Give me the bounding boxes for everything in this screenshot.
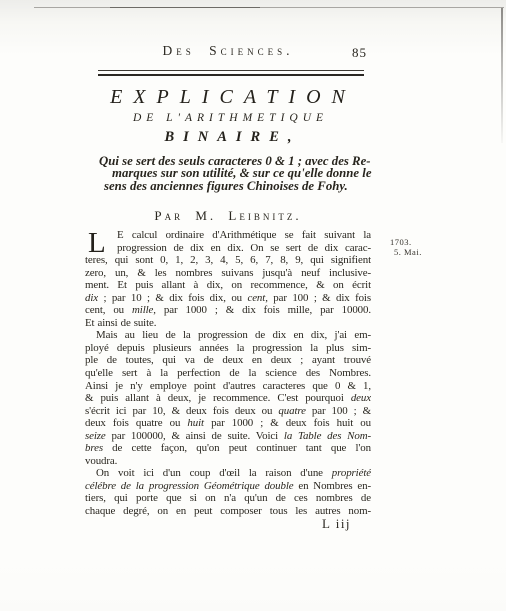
text-line: ployé depuis plusieurs années la progres… — [85, 342, 371, 355]
text-line: & puis allant à deux, je recommence. C'e… — [85, 392, 371, 405]
paragraph: Mais au lieu de la progression de dix en… — [85, 329, 371, 467]
text-line: célébre de la progression Géométrique do… — [85, 480, 371, 493]
scan-artifact-right-edge — [501, 8, 503, 143]
text-line: ment. Et puis allant à dix, on recommenc… — [85, 279, 371, 292]
text-line: teres, qui sont 0, 1, 2, 3, 4, 5, 6, 7, … — [85, 254, 371, 267]
scan-artifact-top-line-dark — [110, 7, 260, 8]
text-line: ple de toutes, qui va de deux en deux ; … — [85, 354, 371, 367]
text-line: E calcul ordinaire d'Arithmétique se fai… — [85, 229, 371, 242]
subtitle-line: marques sur son utilité, & sur ce qu'ell… — [85, 167, 385, 179]
text-line: tiers, qui porte que si on n'a qu'un de … — [85, 492, 371, 505]
margin-note-day: 5. Mai. — [390, 248, 422, 258]
text-line: On voit ici d'un coup d'œil la raison d'… — [85, 467, 371, 480]
text-line: Ainsi je n'y employe point d'autres cara… — [85, 380, 371, 393]
text-line: cent, ou mille, par 1000 ; & dix fois mi… — [85, 304, 371, 317]
paragraph: LE calcul ordinaire d'Arithmétique se fa… — [85, 229, 371, 329]
text-line: zero, un, & les nombres suivans jusqu'à … — [85, 267, 371, 280]
margin-date-note: 1703. 5. Mai. — [390, 238, 422, 257]
paragraph: On voit ici d'un coup d'œil la raison d'… — [85, 467, 371, 517]
text-line: progression de dix en dix. On se sert de… — [85, 242, 371, 255]
scan-artifact-top-line — [34, 7, 504, 8]
text-line: s'écrit ici par 10, & deux fois deux ou … — [85, 405, 371, 418]
text-line: voudra. — [85, 455, 371, 468]
byline: Par M. Leibnitz. — [85, 208, 371, 224]
text-line: Et ainsi de suite. — [85, 317, 371, 330]
subtitle: Qui se sert des seuls caracteres 0 & 1 ;… — [85, 155, 385, 192]
main-title-line3: BINAIRE, — [85, 129, 371, 146]
subtitle-line: sens des anciennes figures Chinoises de … — [85, 180, 385, 192]
text-line: Mais au lieu de la progression de dix en… — [85, 329, 371, 342]
main-title-line1: EXPLICATION — [85, 86, 371, 109]
scanned-page: Des Sciences. 85 EXPLICATION DE L'ARITHM… — [0, 0, 506, 611]
text-line: bres de cette façon, qu'on peut continue… — [85, 442, 371, 455]
main-title-line2: DE L'ARITHMETIQUE — [85, 112, 371, 124]
text-line: deux fois quatre ou huit par 1000 ; & de… — [85, 417, 371, 430]
signature-mark: L iij — [322, 516, 351, 532]
page-number: 85 — [352, 45, 367, 61]
text-line: qu'elle sert à la perfection de la scien… — [85, 367, 371, 380]
drop-cap: L — [88, 230, 106, 256]
body-paragraphs: LE calcul ordinaire d'Arithmétique se fa… — [85, 229, 371, 518]
text-line: seize par 100000, & ainsi de suite. Voic… — [85, 430, 371, 443]
text-line: dix ; par 10 ; & dix fois dix, ou cent, … — [85, 292, 371, 305]
running-title: Des Sciences. — [85, 43, 371, 59]
header-double-rule — [98, 70, 364, 76]
